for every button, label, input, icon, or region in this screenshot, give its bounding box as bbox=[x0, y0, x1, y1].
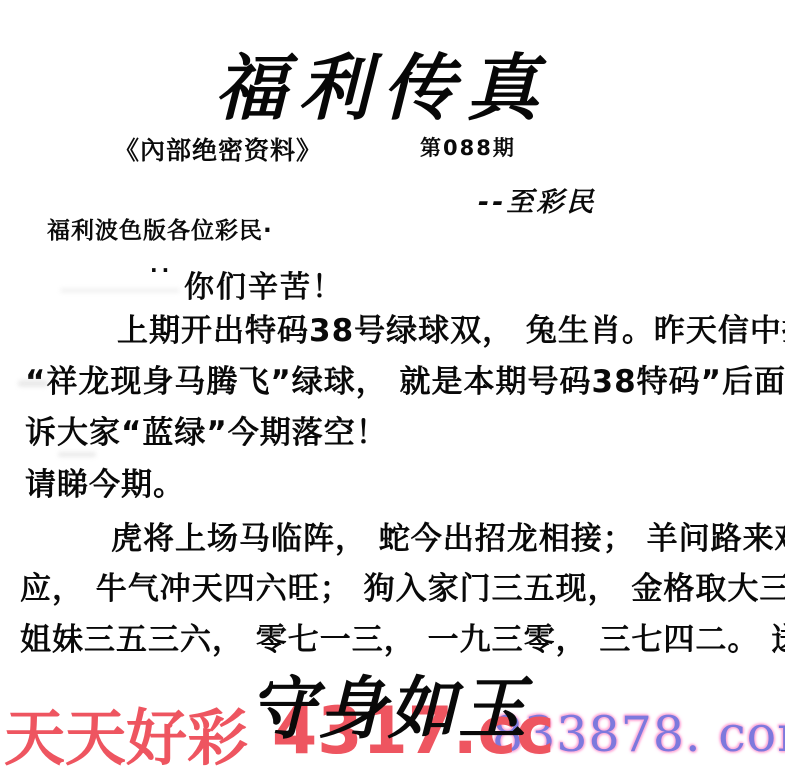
body-line-2: “祥龙现身马腾飞”绿球， 就是本期号码38特码”后面告 bbox=[25, 356, 785, 401]
closing-calligraphy: 守身如玉 bbox=[248, 655, 528, 752]
body-line-1: 上期开出特码38号绿球双， 兔生肖。昨天信中提供 bbox=[117, 305, 785, 350]
ditto-dots: ·· bbox=[150, 258, 173, 282]
salutation-line: --至彩民 bbox=[478, 180, 596, 219]
body-line-7: 姐妹三五三六， 零七一三， 一九三零， 三七四二。 送: 红绿 bbox=[20, 614, 785, 659]
page-title: 福利传真 bbox=[0, 30, 775, 134]
scan-artifact bbox=[18, 380, 48, 387]
body-line-3: 诉大家“蓝绿”今期落空！ bbox=[25, 407, 388, 452]
scan-artifact bbox=[58, 452, 96, 457]
fax-document: 福利传真 《內部绝密资料》 第088期 --至彩民 福利波色版各位彩民· ·· … bbox=[0, 0, 785, 772]
opening-line: 你们辛苦！ bbox=[184, 262, 344, 306]
greeting-line: 福利波色版各位彩民· bbox=[47, 212, 273, 245]
body-line-5: 虎将上场马临阵， 蛇今出招龙相接； 羊问路来鸡必 bbox=[111, 513, 785, 558]
body-line-6: 应， 牛气冲天四六旺； 狗入家门三五现， 金格取大三一四。 bbox=[20, 563, 785, 608]
watermark-site-name: 天天好彩 bbox=[4, 690, 248, 772]
body-line-4: 请睇今期。 bbox=[25, 459, 185, 504]
scan-artifact bbox=[60, 288, 180, 293]
classified-label: 《內部绝密资料》 bbox=[114, 131, 322, 167]
issue-number: 第088期 bbox=[420, 132, 516, 162]
